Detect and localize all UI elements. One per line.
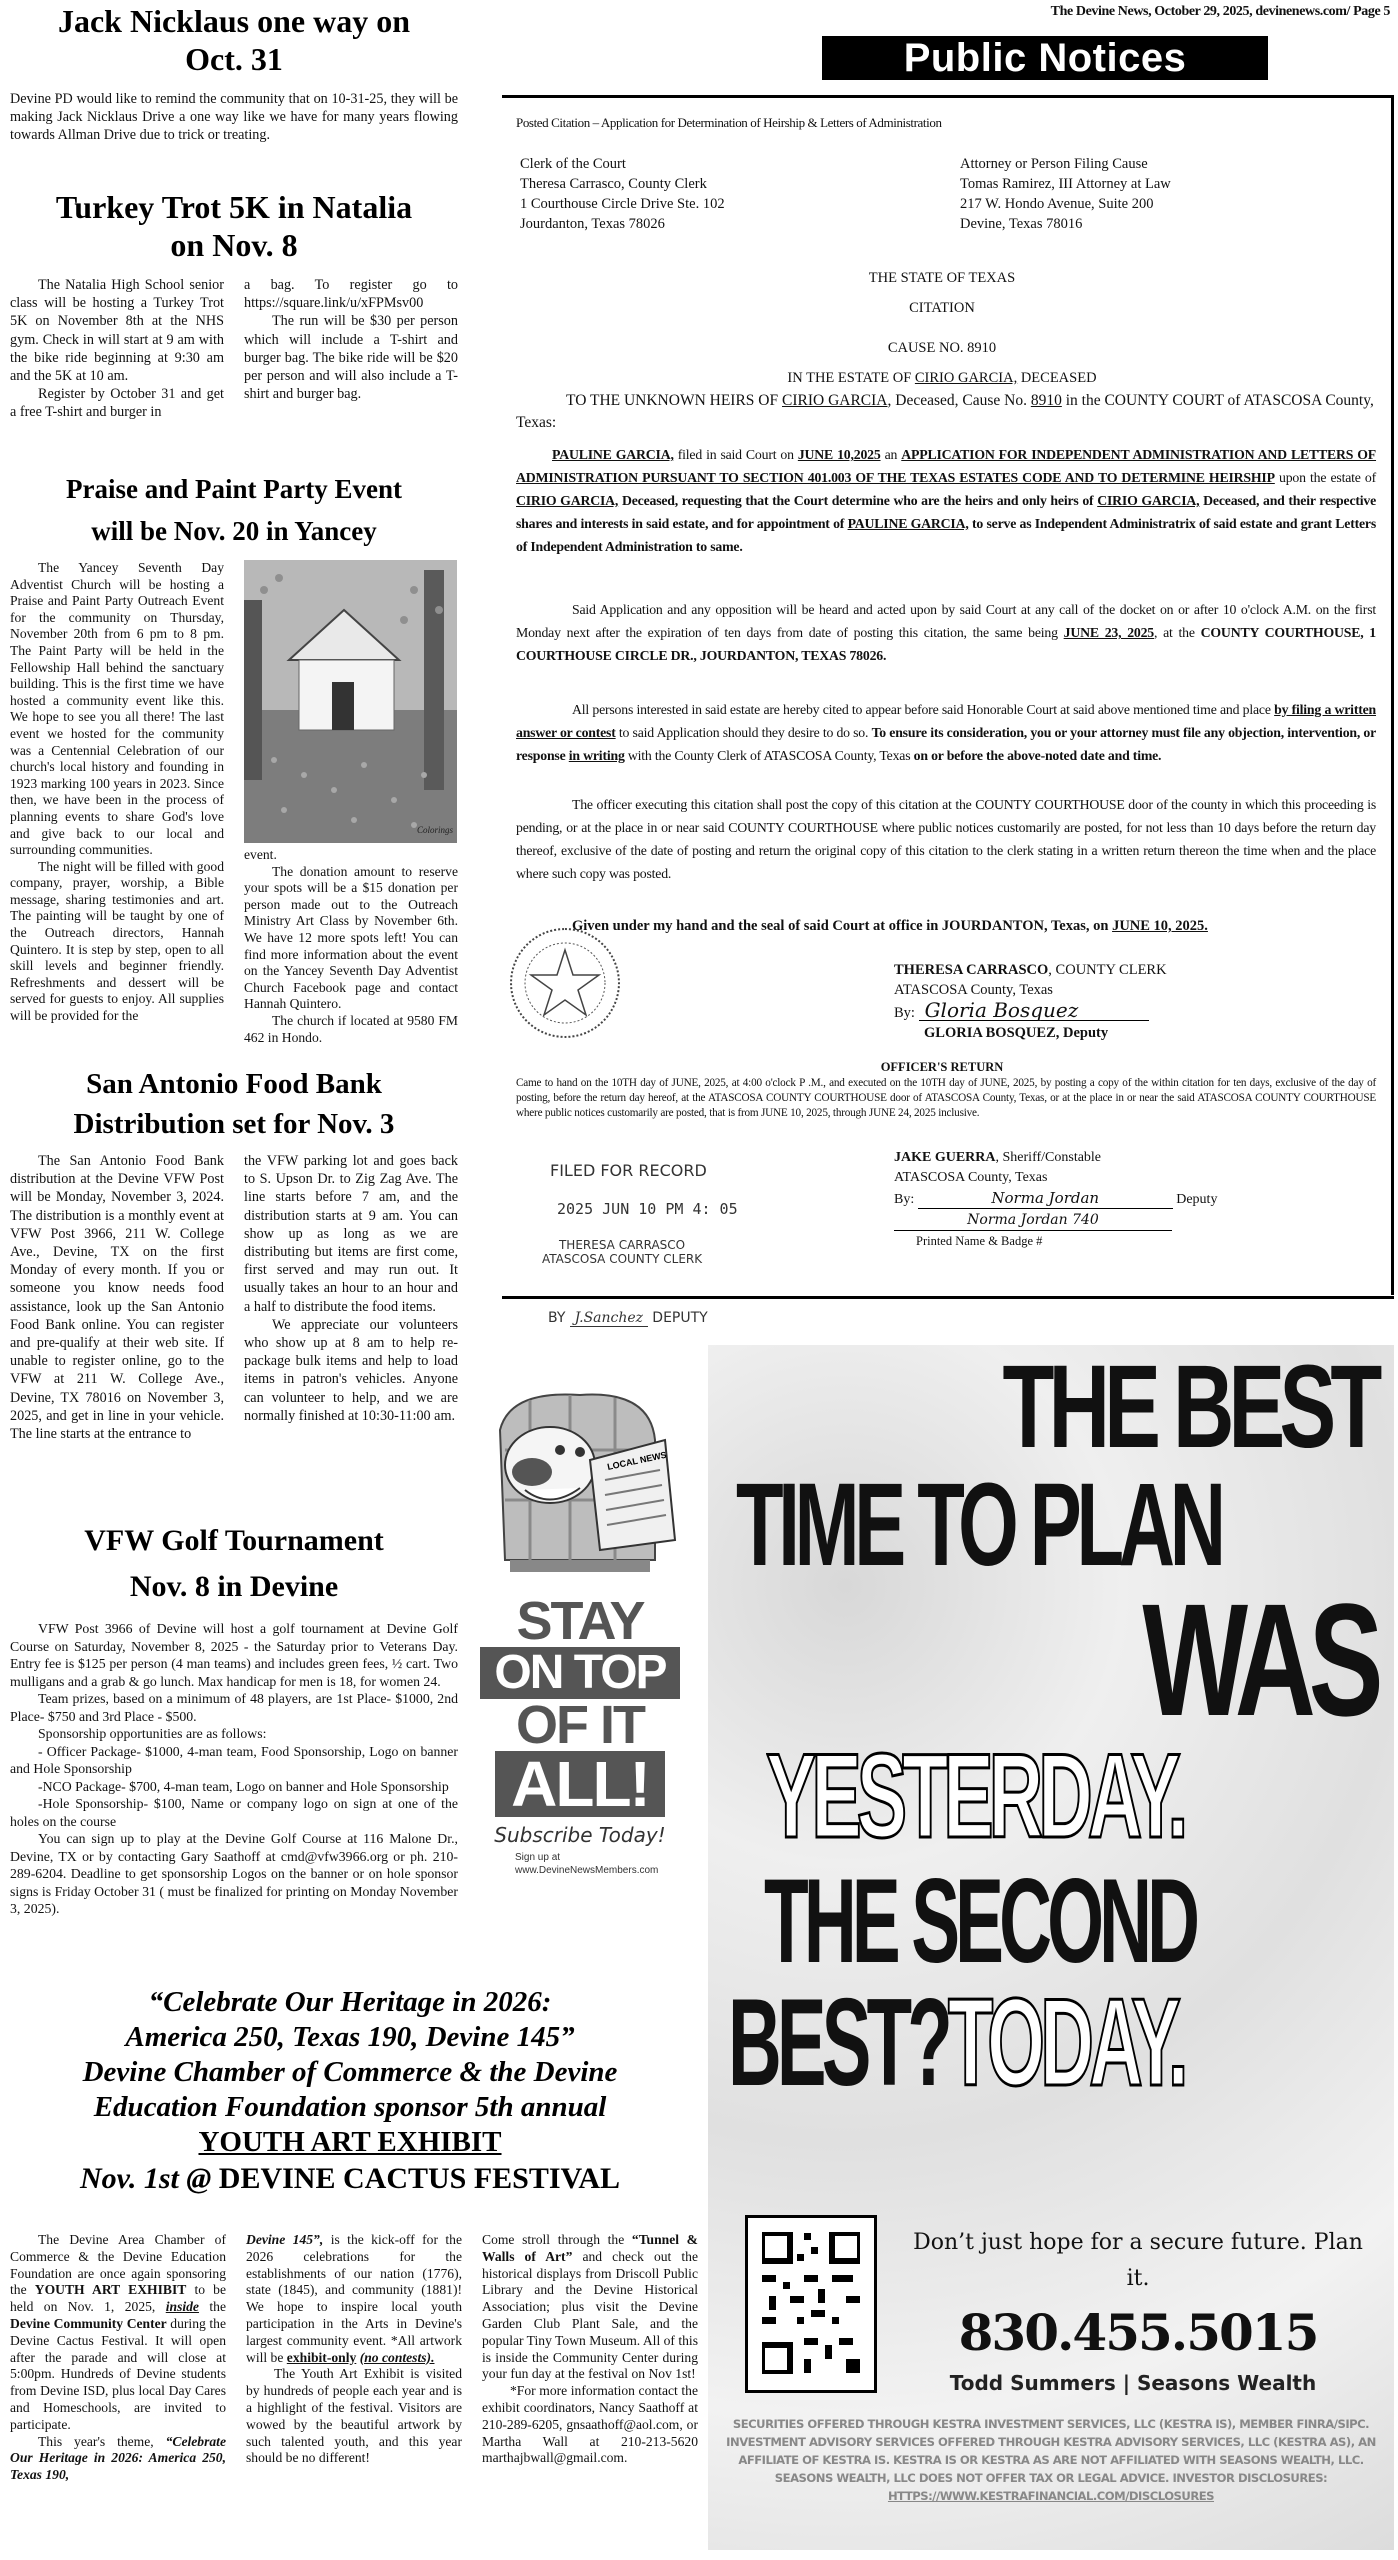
ad-headline: THE BEST (857, 1349, 1377, 1465)
notice-sheriff-signature: JAKE GUERRA, Sheriff/Constable ATASCOSA … (894, 1148, 1217, 1251)
church-painting-image: Colorings (244, 560, 457, 843)
filed-by-deputy: BY J.Sanchez DEPUTY (548, 1310, 708, 1327)
ad-disclosure: SECURITIES OFFERED THROUGH KESTRA INVEST… (718, 2415, 1384, 2505)
painting-illustration (244, 560, 457, 843)
ad-tagline: Don’t just hope for a secure future. Pla… (903, 2225, 1373, 2297)
subscribe-headline: STAY ON TOP OF IT ALL! (470, 1595, 690, 1817)
notice-return-text: Came to hand on the 10TH day of JUNE, 20… (516, 1076, 1376, 1121)
disclosure-link[interactable]: HTTPS://WWW.KESTRAFINANCIAL.COM/DISCLOSU… (718, 2487, 1384, 2505)
headline: San Antonio Food Bank Distribution set f… (10, 1064, 458, 1144)
notice-heirs-para: TO THE UNKNOWN HEIRS OF CIRIO GARCIA, De… (516, 390, 1376, 434)
headline: VFW Golf Tournament Nov. 8 in Devine (10, 1518, 458, 1610)
notice-bottom-border (502, 1296, 1394, 1299)
headline: Turkey Trot 5K in Natalia on Nov. 8 (10, 188, 458, 264)
article-turkey-trot: Turkey Trot 5K in Natalia on Nov. 8 The … (10, 188, 458, 422)
headline: Jack Nicklaus one way on Oct. 31 (10, 2, 458, 78)
subscribe-url-link[interactable]: www.DevineNewsMembers.com (515, 1864, 690, 1877)
article-body: The San Antonio Food Bank distribution a… (10, 1152, 458, 1443)
dog-reading-newspaper-icon: LOCAL NEWS (470, 1370, 690, 1590)
subscribe-ad[interactable]: LOCAL NEWS STAY ON TOP OF IT ALL! Subscr… (470, 1370, 690, 1970)
notice-clerk-block: Clerk of the Court Theresa Carrasco, Cou… (520, 154, 725, 234)
section-title-public-notices: Public Notices (822, 36, 1268, 80)
filed-clerk-stamp: THERESA CARRASCO ATASCOSA COUNTY CLERK (542, 1238, 702, 1266)
notice-title: Posted Citation – Application for Determ… (516, 112, 942, 134)
notice-hearing-para: Said Application and any opposition will… (516, 598, 1376, 667)
filed-stamp-datetime: 2025 JUN 10 PM 4: 05 (557, 1198, 738, 1220)
seasons-wealth-ad[interactable]: THE BEST TIME TO PLAN WAS YESTERDAY. THE… (708, 1345, 1394, 2550)
notice-officers-return-title: OFFICER'S RETURN (502, 1056, 1382, 1078)
subscribe-cta[interactable]: Subscribe Today! (470, 1823, 690, 1847)
notice-officer-para: The officer executing this citation shal… (516, 793, 1376, 885)
article-body: Devine PD would like to remind the commu… (10, 90, 458, 145)
article-vfw-golf: VFW Golf Tournament Nov. 8 in Devine VFW… (10, 1518, 458, 1918)
ad-advisor-name: Todd Summers | Seasons Wealth (888, 2370, 1378, 2396)
clerk-handwritten-signature: Gloria Bosquez (919, 1000, 1149, 1021)
article-jack-nicklaus: Jack Nicklaus one way on Oct. 31 Devine … (10, 2, 458, 145)
article-body: The Yancey Seventh Day Adventist Church … (10, 560, 458, 1046)
article-body: VFW Post 3966 of Devine will host a golf… (10, 1620, 458, 1918)
article-body: The Natalia High School senior class wil… (10, 276, 458, 422)
notice-caption: THE STATE OF TEXAS CITATION CAUSE NO. 89… (502, 263, 1382, 393)
notice-clerk-signature: THERESA CARRASCO, COUNTY CLERK ATASCOSA … (894, 960, 1167, 1043)
running-head: The Devine News, October 29, 2025, devin… (800, 4, 1390, 20)
public-notice-citation: Posted Citation – Application for Determ… (502, 95, 1394, 1295)
notice-attorney-block: Attorney or Person Filing Cause Tomas Ra… (960, 154, 1171, 234)
qr-code-icon[interactable] (745, 2215, 877, 2393)
ad-phone-number[interactable]: 830.455.5015 (903, 2305, 1373, 2361)
sheriff-printed-name: Norma Jordan 740 (894, 1210, 1172, 1231)
painting-signature: Colorings (417, 822, 453, 839)
article-praise-paint: Praise and Paint Party Event will be Nov… (10, 468, 458, 1046)
sheriff-handwritten-signature: Norma Jordan (918, 1188, 1173, 1209)
subscribe-signup: Sign up at www.DevineNewsMembers.com (470, 1851, 690, 1877)
county-seal-icon (510, 928, 620, 1038)
headline: Praise and Paint Party Event will be Nov… (10, 468, 458, 552)
notice-all-persons-para: All persons interested in said estate ar… (516, 698, 1376, 767)
article-youth-art-body: The Devine Area Chamber of Commerce & th… (10, 2232, 698, 2484)
notice-application-para: PAULINE GARCIA, filed in said Court on J… (516, 443, 1376, 558)
article-youth-art-headline: “Celebrate Our Heritage in 2026: America… (0, 1985, 700, 2198)
notice-given-line: Given under my hand and the seal of said… (516, 916, 1376, 936)
article-food-bank: San Antonio Food Bank Distribution set f… (10, 1064, 458, 1443)
filed-for-record-stamp: FILED FOR RECORD (550, 1160, 707, 1182)
